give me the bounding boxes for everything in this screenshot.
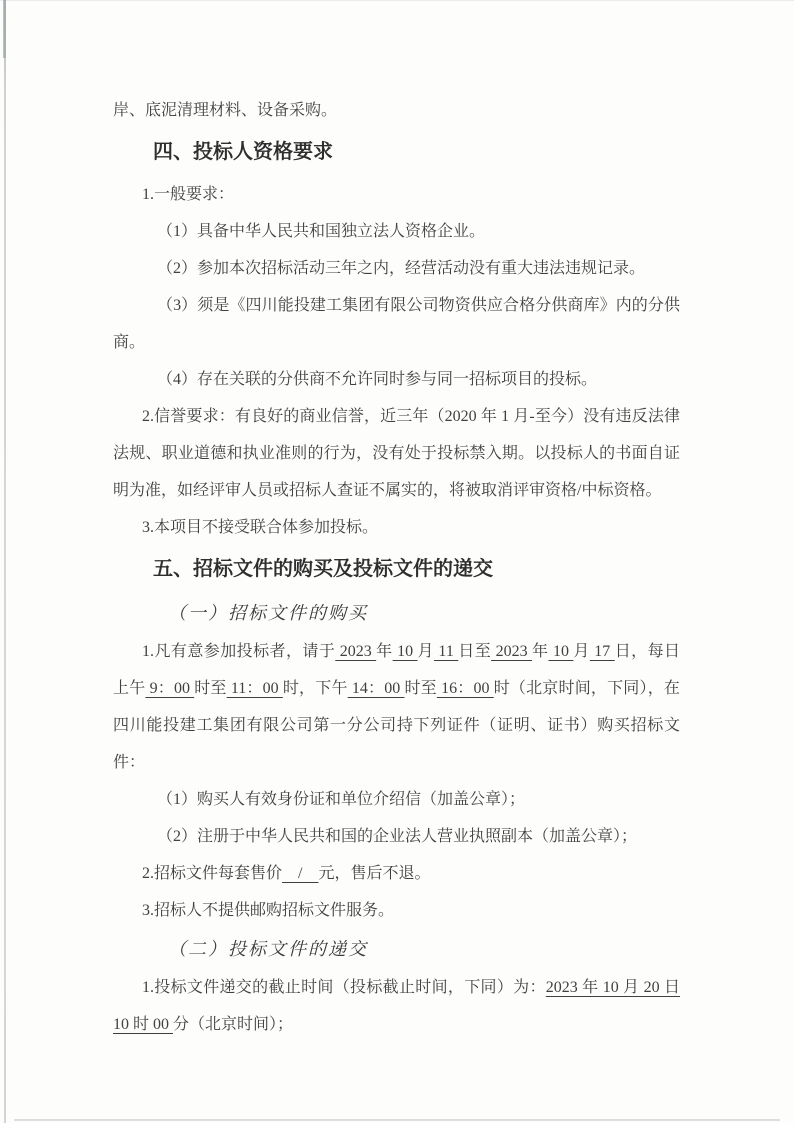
text-segment: 日至 [458, 643, 491, 660]
text-segment: 1.一般要求： [142, 186, 234, 203]
paragraph-item-related-suppliers: （4）存在关联的分供商不允许同时参与同一招标项目的投标。 [113, 361, 680, 398]
text-segment: 岸、底泥清理材料、设备采购。 [113, 102, 337, 119]
text-segment: 元，售后不退。 [318, 865, 430, 882]
underlined-text-segment: 2023 [335, 643, 376, 660]
underlined-text-segment: 9：00 [145, 680, 194, 697]
document-page: 岸、底泥清理材料、设备采购。 四、投标人资格要求 1.一般要求： （1）具备中华… [0, 0, 794, 1123]
text-segment: 时至 [194, 680, 226, 697]
scan-edge-top [0, 0, 794, 1]
paragraph-submission-deadline: 1.投标文件递交的截止时间（投标截止时间，下同）为：2023 年 10 月 20… [113, 969, 680, 1043]
scan-edge-left [4, 0, 6, 1123]
text-segment: 2.招标文件每套售价 [142, 865, 282, 882]
underlined-text-segment: 16：00 [437, 680, 494, 697]
text-segment: （二）投标文件的递交 [168, 939, 368, 959]
underlined-text-segment: 14：00 [348, 680, 405, 697]
underlined-text-segment: 17 [590, 643, 615, 660]
paragraph-document-price: 2.招标文件每套售价 / 元，售后不退。 [113, 855, 680, 892]
text-segment: 五、招标文件的购买及投标文件的递交 [153, 558, 493, 580]
text-segment: 月 [573, 643, 589, 660]
text-segment: 3.本项目不接受联合体参加投标。 [142, 519, 378, 536]
paragraph-credit-requirements: 2.信誉要求：有良好的商业信誉，近三年（2020 年 1 月-至今）没有违反法律… [113, 398, 680, 509]
text-segment: 3.招标人不提供邮购招标文件服务。 [142, 902, 394, 919]
paragraph-id-and-letter: （1）购买人有效身份证和单位介绍信（加盖公章）； [113, 781, 680, 818]
text-segment: 分（北京时间）； [173, 1016, 293, 1033]
heading-section-four: 四、投标人资格要求 [113, 131, 680, 173]
subheading-bid-submission: （二）投标文件的递交 [113, 929, 680, 969]
paragraph-item-legal-person: （1）具备中华人民共和国独立法人资格企业。 [113, 213, 680, 250]
underlined-text-segment: / [282, 865, 318, 882]
subheading-document-purchase: （一）招标文件的购买 [113, 593, 680, 633]
underlined-text-segment: 2023 [491, 643, 532, 660]
text-segment: （2）参加本次招标活动三年之内，经营活动没有重大违法违规记录。 [157, 260, 645, 277]
text-segment: （1）购买人有效身份证和单位介绍信（加盖公章）； [157, 791, 525, 808]
underlined-text-segment: 11 [434, 643, 458, 660]
paragraph-purchase-time: 1.凡有意参加投标者，请于 2023 年 10 月 11 日至 2023 年 1… [113, 633, 680, 781]
document-content: 岸、底泥清理材料、设备采购。 四、投标人资格要求 1.一般要求： （1）具备中华… [113, 92, 680, 1043]
paragraph-item-no-violations: （2）参加本次招标活动三年之内，经营活动没有重大违法违规记录。 [113, 250, 680, 287]
text-segment: （一）招标文件的购买 [168, 603, 368, 623]
text-segment: 年 [532, 643, 548, 660]
text-segment: 年 [376, 643, 392, 660]
paragraph-general-requirements: 1.一般要求： [113, 176, 680, 213]
paragraph-procurement-items: 岸、底泥清理材料、设备采购。 [113, 92, 680, 129]
text-segment: （3）须是《四川能投建工集团有限公司物资供应合格分供商库》内的分供商。 [113, 297, 680, 351]
scan-edge-bottom [14, 1119, 780, 1121]
paragraph-business-license: （2）注册于中华人民共和国的企业法人营业执照副本（加盖公章）； [113, 818, 680, 855]
text-segment: 2.信誉要求：有良好的商业信誉，近三年（2020 年 1 月-至今）没有违反法律… [113, 408, 680, 499]
scan-edge-left-top [3, 0, 6, 58]
text-segment: 1.凡有意参加投标者，请于 [142, 643, 335, 660]
text-segment: （4）存在关联的分供商不允许同时参与同一招标项目的投标。 [157, 371, 597, 388]
underlined-text-segment: 10 [393, 643, 418, 660]
paragraph-no-consortium: 3.本项目不接受联合体参加投标。 [113, 509, 680, 546]
text-segment: 四、投标人资格要求 [153, 141, 333, 163]
paragraph-item-supplier-library: （3）须是《四川能投建工集团有限公司物资供应合格分供商库》内的分供商。 [113, 287, 680, 361]
text-segment: （1）具备中华人民共和国独立法人资格企业。 [157, 223, 485, 240]
text-segment: （2）注册于中华人民共和国的企业法人营业执照副本（加盖公章）； [157, 828, 637, 845]
underlined-text-segment: 11：00 [227, 680, 283, 697]
text-segment: 1.投标文件递交的截止时间（投标截止时间，下同）为： [142, 979, 546, 996]
underlined-text-segment: 10 [549, 643, 574, 660]
paragraph-no-mail-order: 3.招标人不提供邮购招标文件服务。 [113, 892, 680, 929]
text-segment: 月 [418, 643, 434, 660]
heading-section-five: 五、招标文件的购买及投标文件的递交 [113, 548, 680, 590]
text-segment: 时至 [404, 680, 436, 697]
text-segment: 时，下午 [283, 680, 348, 697]
